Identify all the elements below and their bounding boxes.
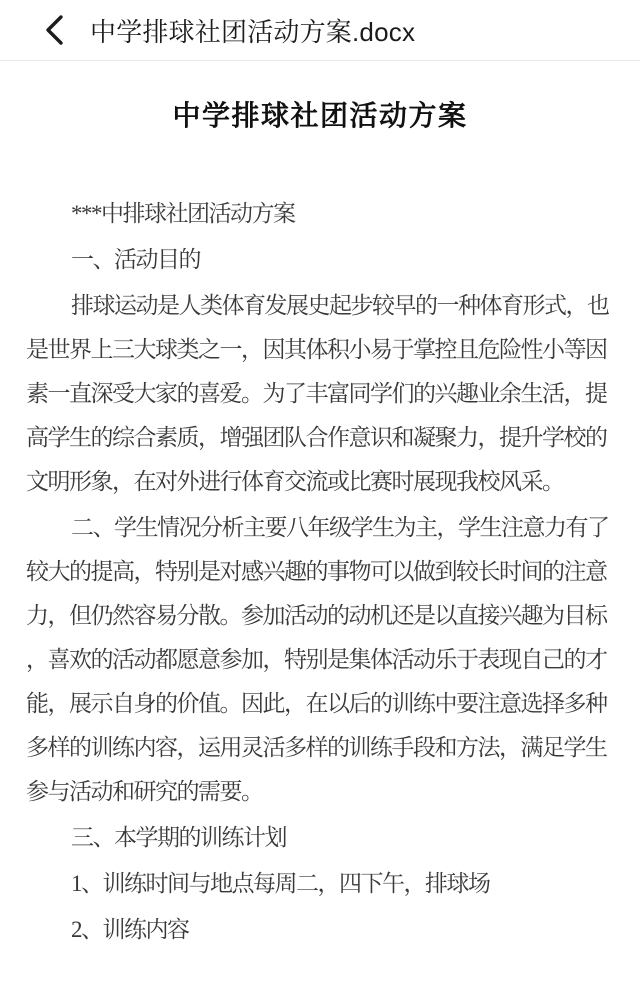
document-line: 参与活动和研究的需要。 <box>26 770 614 814</box>
document-line: 文明形象，在对外进行体育交流或比赛时展现我校风采。 <box>26 460 614 504</box>
document-line: 2、训练内容 <box>26 908 614 952</box>
document-line: 力，但仍然容易分散。参加活动的动机还是以直接兴趣为目标 <box>26 594 614 638</box>
document-title: 中学排球社团活动方案 <box>26 94 614 134</box>
paragraph: 2、训练内容 <box>26 908 614 952</box>
document-line: 高学生的综合素质，增强团队合作意识和凝聚力，提升学校的 <box>26 416 614 460</box>
document-line: 二、学生情况分析主要八年级学生为主，学生注意力有了 <box>26 506 614 550</box>
chevron-left-icon <box>43 14 65 46</box>
document-line: 是世界上三大球类之一，因其体积小易于掌控且危险性小等因 <box>26 328 614 372</box>
document-line: ，喜欢的活动都愿意参加，特别是集体活动乐于表现自己的才 <box>26 638 614 682</box>
document-body: ***中排球社团活动方案一、活动目的排球运动是人类体育发展史起步较早的一种体育形… <box>26 192 614 952</box>
back-button[interactable] <box>34 8 74 52</box>
document-line: 素一直深受大家的喜爱。为了丰富同学们的兴趣业余生活，提 <box>26 372 614 416</box>
paragraph: 1、训练时间与地点每周二，四下午，排球场 <box>26 862 614 906</box>
paragraph: 三、本学期的训练计划 <box>26 816 614 860</box>
paragraph: 二、学生情况分析主要八年级学生为主，学生注意力有了较大的提高，特别是对感兴趣的事… <box>26 506 614 814</box>
document-line: ***中排球社团活动方案 <box>26 192 614 236</box>
document-view[interactable]: 中学排球社团活动方案 ***中排球社团活动方案一、活动目的排球运动是人类体育发展… <box>0 61 640 992</box>
document-line: 能，展示自身的价值。因此，在以后的训练中要注意选择多种 <box>26 682 614 726</box>
document-filename: 中学排球社团活动方案.docx <box>90 12 415 49</box>
document-line: 一、活动目的 <box>26 238 614 282</box>
document-line: 1、训练时间与地点每周二，四下午，排球场 <box>26 862 614 906</box>
document-line: 三、本学期的训练计划 <box>26 816 614 860</box>
app-screen: { "header": { "filename": "中学排球社团活动方案.do… <box>0 0 640 992</box>
paragraph: 一、活动目的 <box>26 238 614 282</box>
document-line: 多样的训练内容，运用灵活多样的训练手段和方法，满足学生 <box>26 726 614 770</box>
document-line: 较大的提高，特别是对感兴趣的事物可以做到较长时间的注意 <box>26 550 614 594</box>
document-line: 排球运动是人类体育发展史起步较早的一种体育形式，也 <box>26 284 614 328</box>
paragraph: ***中排球社团活动方案 <box>26 192 614 236</box>
title-bar: 中学排球社团活动方案.docx <box>0 0 640 61</box>
paragraph: 排球运动是人类体育发展史起步较早的一种体育形式，也是世界上三大球类之一，因其体积… <box>26 284 614 504</box>
